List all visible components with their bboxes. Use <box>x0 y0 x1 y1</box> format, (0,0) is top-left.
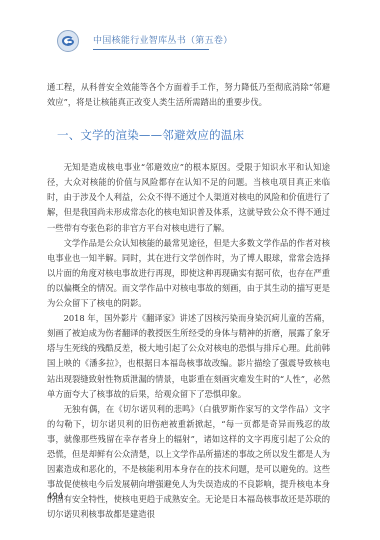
continued-paragraph: 通工程，从科普安全效能等各个方面着手工作，努力降低乃至彻底消除“邻避效应”，将是… <box>47 80 330 110</box>
running-header: 中国核能行业智库丛书（第五卷） <box>57 30 209 52</box>
page-number: 494 <box>47 492 63 502</box>
body-paragraph: 2018 年，国外影片《翻译家》讲述了因核污染而身染沉疴儿童的苦痛，刻画了被迫成… <box>47 311 330 402</box>
body-paragraph: 无知是造成核电事业“邻避效应”的根本原因。受限于知识水平和认知途径，大众对核能的… <box>47 160 330 235</box>
body-paragraph: 无独有偶，在《切尔诺贝利的悲鸣》（白俄罗斯作家写的文学作品）文字的勾勒下，切尔诺… <box>47 402 330 523</box>
section-heading: 一、文学的渲染——邻避效应的温床 <box>57 128 330 142</box>
circular-emblem-logo-icon <box>57 30 79 52</box>
body-paragraph: 文学作品是公众认知核能的最常见途径，但是大多数文学作品的作者对核电事业也一知半解… <box>47 236 330 311</box>
page-body: 通工程，从科普安全效能等各个方面着手工作，努力降低乃至彻底消除“邻避效应”，将是… <box>47 80 330 522</box>
series-title: 中国核能行业智库丛书（第五卷） <box>93 33 209 50</box>
